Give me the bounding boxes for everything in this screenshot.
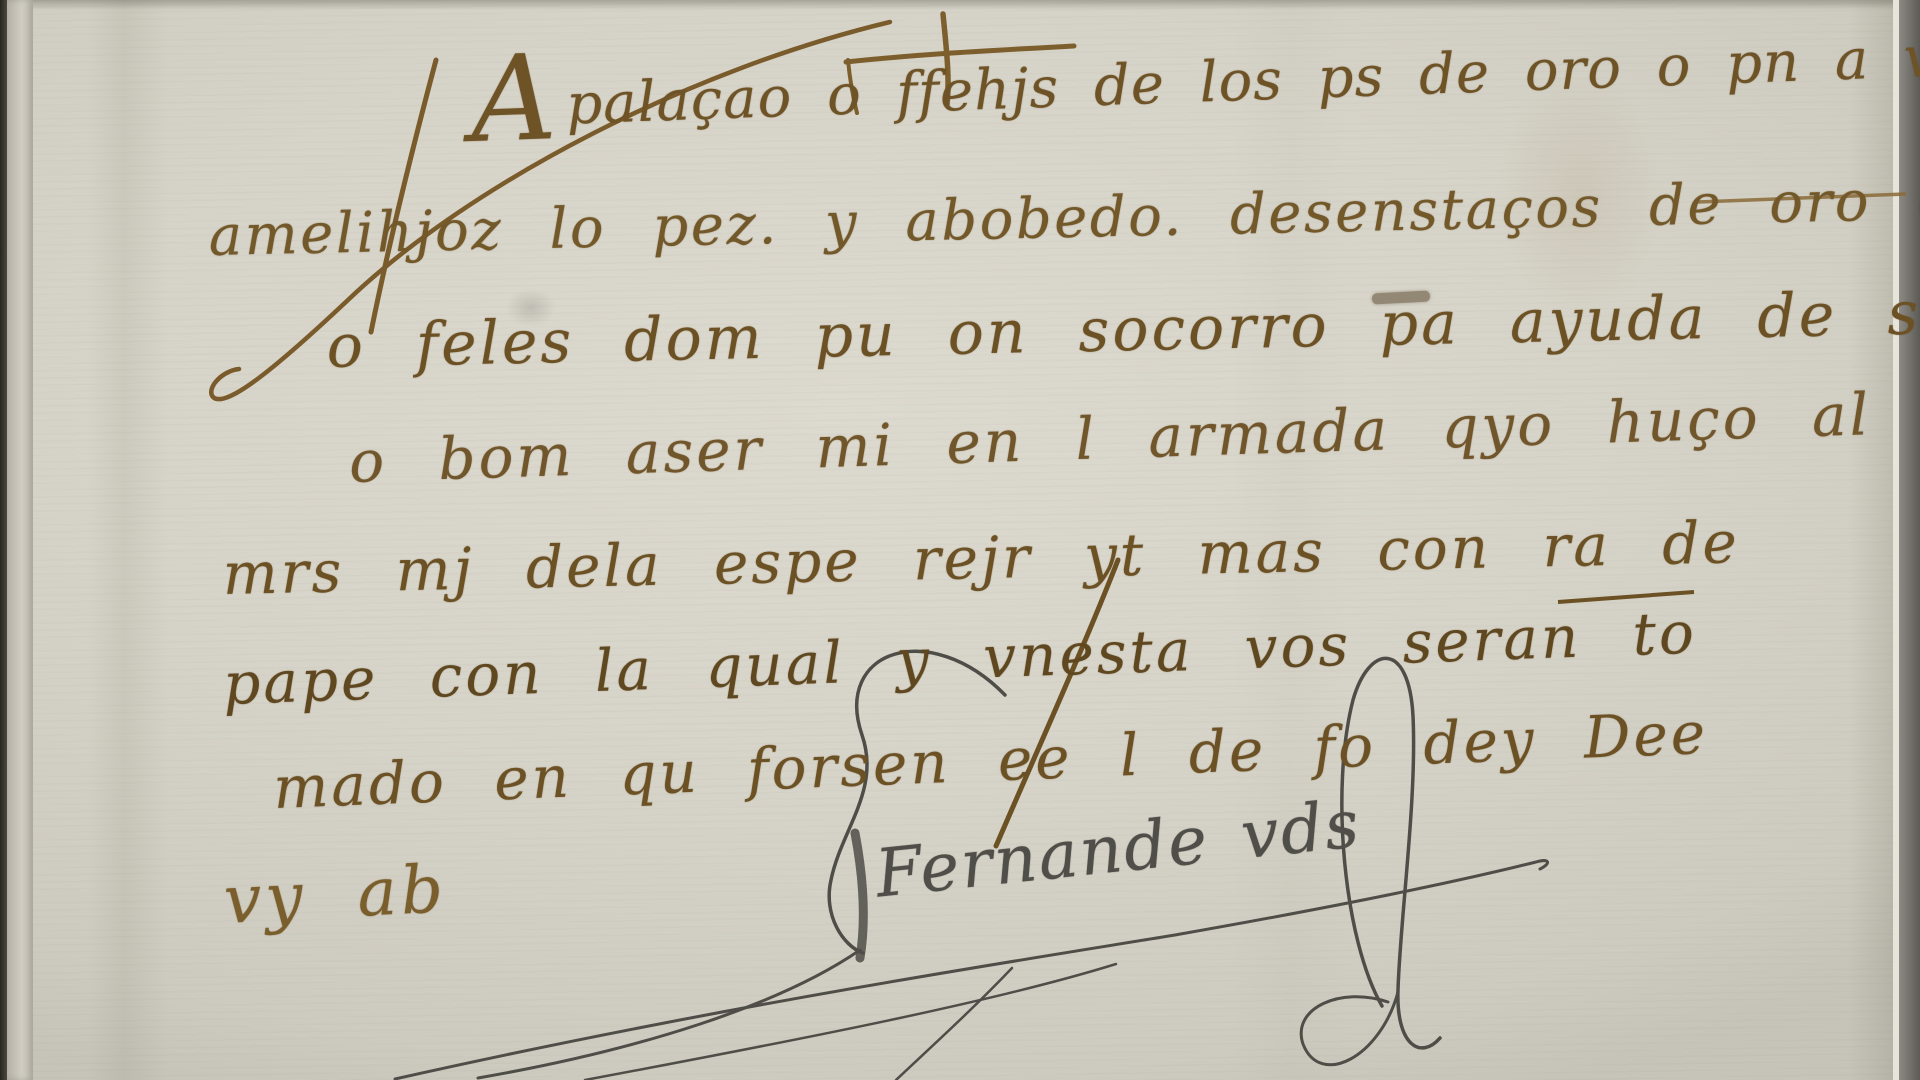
page-top-shadow <box>0 0 1920 10</box>
page-edge-shadow-right <box>1848 0 1894 1080</box>
binding-edge-left <box>0 0 7 1080</box>
page-fold-left <box>7 0 33 1080</box>
backdrop-right <box>1899 0 1920 1080</box>
illuminated-initial: A <box>468 28 558 169</box>
paper-crease <box>88 0 168 1080</box>
manuscript-photo: Apalaçao o ffehjs de los ps de oro o pn … <box>0 0 1920 1080</box>
manuscript-line-8: vy ab <box>222 850 449 939</box>
